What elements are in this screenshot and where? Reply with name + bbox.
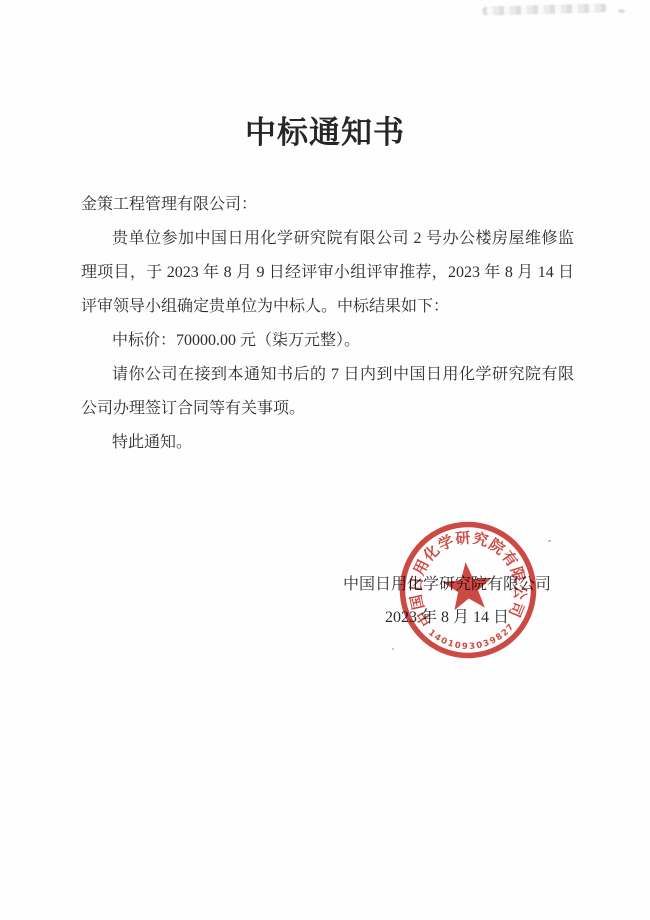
document-title: 中标通知书 xyxy=(0,107,650,152)
seal-star-icon xyxy=(441,560,494,611)
body-paragraph: 中标价：70000.00 元（柒万元整）。 xyxy=(81,324,574,358)
body-paragraph: 特此通知。 xyxy=(81,426,574,460)
letter-body: 金策工程管理有限公司： 贵单位参加中国日用化学研究院有限公司 2 号办公楼房屋维… xyxy=(81,188,574,460)
body-paragraph: 贵单位参加中国日用化学研究院有限公司 2 号办公楼房屋维修监理项目，于 2023… xyxy=(81,222,574,324)
scan-artifact xyxy=(482,3,607,15)
ink-speck xyxy=(392,648,394,650)
document-page: 中标通知书 金策工程管理有限公司： 贵单位参加中国日用化学研究院有限公司 2 号… xyxy=(0,0,650,920)
scan-artifact xyxy=(618,9,625,13)
company-seal-stamp: 中国日用化学研究院有限公司 1401093039827 xyxy=(378,500,558,680)
ink-speck xyxy=(548,540,551,542)
body-paragraph: 请你公司在接到本通知书后的 7 日内到中国日用化学研究院有限公司办理签订合同等有… xyxy=(81,358,574,426)
recipient-line: 金策工程管理有限公司： xyxy=(81,188,574,222)
